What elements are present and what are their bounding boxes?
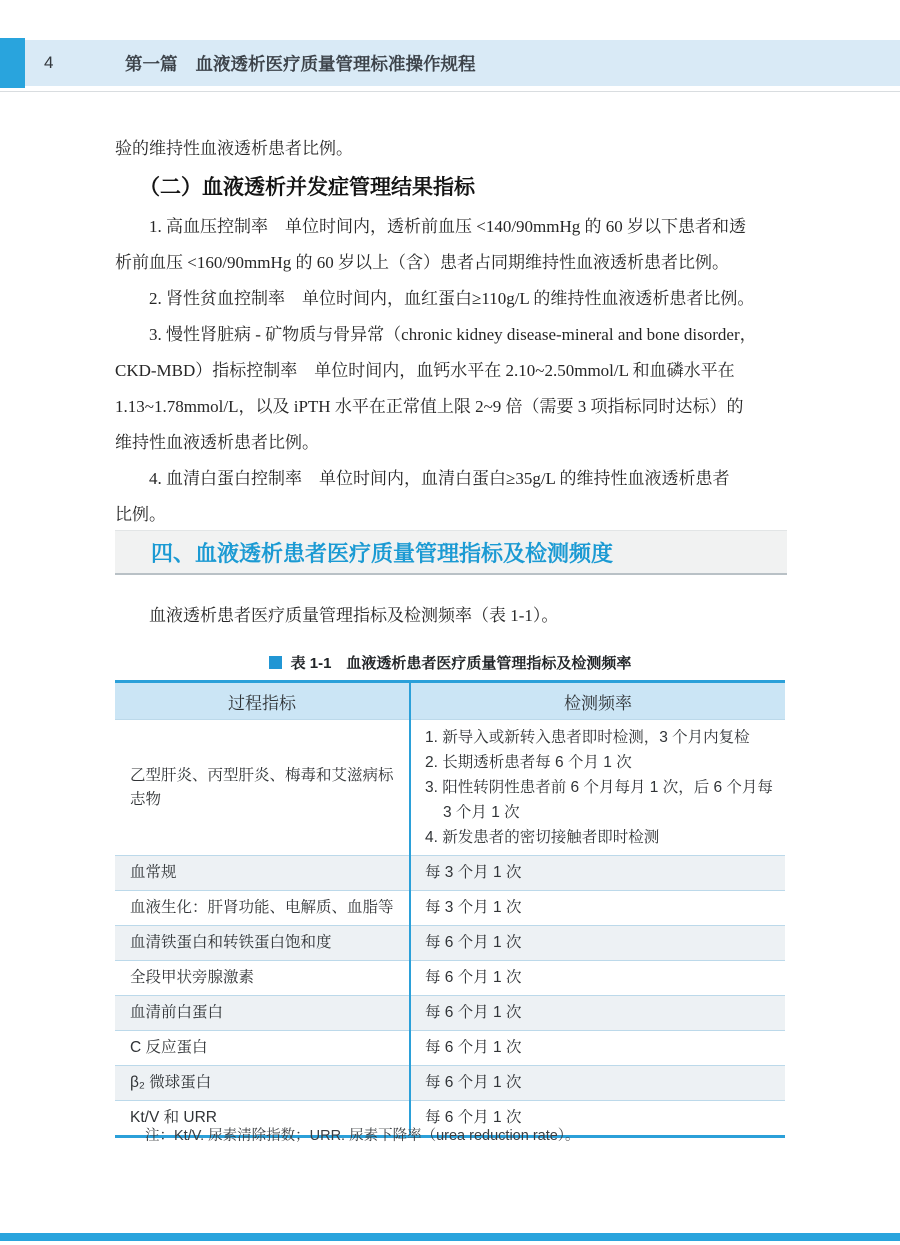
paragraph-3-line: 3. 慢性肾脏病 - 矿物质与骨异常（chronic kidney diseas…: [115, 317, 787, 353]
indicator-table: 过程指标 检测频率 乙型肝炎、丙型肝炎、梅毒和艾滋病标志物1. 新导入或新转入患…: [115, 680, 785, 1138]
frequency-list-item: 1. 新导入或新转入患者即时检测，3 个月内复检: [425, 725, 775, 750]
numbered-paragraphs: 1. 高血压控制率 单位时间内，透析前血压 <140/90mmHg 的 60 岁…: [115, 209, 787, 533]
table-row: 血液生化：肝肾功能、电解质、血脂等每 3 个月 1 次: [115, 891, 785, 926]
paragraph-2-line: 2. 肾性贫血控制率 单位时间内，血红蛋白≥110g/L 的维持性血液透析患者比…: [115, 281, 787, 317]
table-row: 血常规每 3 个月 1 次: [115, 856, 785, 891]
cell-frequency: 每 3 个月 1 次: [410, 891, 785, 926]
body-text-block: 验的维持性血液透析患者比例。 （二）血液透析并发症管理结果指标 1. 高血压控制…: [115, 131, 787, 533]
column-header-frequency: 检测频率: [410, 682, 785, 720]
table-caption: 表 1-1 血液透析患者医疗质量管理指标及检测频率: [115, 652, 785, 673]
subsection-heading: （二）血液透析并发症管理结果指标: [139, 167, 787, 209]
paragraph-4-line: 比例。: [115, 497, 787, 533]
paragraph-4-line: 4. 血清白蛋白控制率 单位时间内，血清白蛋白≥35g/L 的维持性血液透析患者: [115, 461, 787, 497]
table-row: 血清前白蛋白每 6 个月 1 次: [115, 996, 785, 1031]
paragraph-1-line: 1. 高血压控制率 单位时间内，透析前血压 <140/90mmHg 的 60 岁…: [115, 209, 787, 245]
cell-frequency: 每 6 个月 1 次: [410, 996, 785, 1031]
cell-indicator: 血液生化：肝肾功能、电解质、血脂等: [115, 891, 410, 926]
book-page: { "header": { "page_number": "4", "part_…: [0, 0, 900, 1245]
table-row: β₂ 微球蛋白每 6 个月 1 次: [115, 1066, 785, 1101]
paragraph-3-line: 1.13~1.78mmol/L，以及 iPTH 水平在正常值上限 2~9 倍（需…: [115, 389, 787, 425]
cell-frequency: 每 3 个月 1 次: [410, 856, 785, 891]
page-header-band: 4 第一篇 血液透析医疗质量管理标准操作规程: [0, 40, 900, 86]
paragraph-1-line: 析前血压 <160/90mmHg 的 60 岁以上（含）患者占同期维持性血液透析…: [115, 245, 787, 281]
continuation-line: 验的维持性血液透析患者比例。: [115, 131, 787, 167]
cell-indicator: 乙型肝炎、丙型肝炎、梅毒和艾滋病标志物: [115, 720, 410, 856]
caption-square-icon: [269, 656, 282, 669]
cell-frequency: 每 6 个月 1 次: [410, 926, 785, 961]
frequency-list-item: 2. 长期透析患者每 6 个月 1 次: [425, 750, 775, 775]
page-number: 4: [44, 53, 53, 73]
table-row: C 反应蛋白每 6 个月 1 次: [115, 1031, 785, 1066]
cell-indicator: β₂ 微球蛋白: [115, 1066, 410, 1101]
section-banner: 四、血液透析患者医疗质量管理指标及检测频度: [115, 530, 787, 575]
part-title: 血液透析医疗质量管理标准操作规程: [196, 51, 476, 76]
cell-frequency: 1. 新导入或新转入患者即时检测，3 个月内复检2. 长期透析患者每 6 个月 …: [410, 720, 785, 856]
header-accent-square: [0, 38, 25, 88]
table-row: 全段甲状旁腺激素每 6 个月 1 次: [115, 961, 785, 996]
section-title: 四、血液透析患者医疗质量管理指标及检测频度: [151, 537, 613, 568]
table-row: 乙型肝炎、丙型肝炎、梅毒和艾滋病标志物1. 新导入或新转入患者即时检测，3 个月…: [115, 720, 785, 856]
table-caption-text: 表 1-1 血液透析患者医疗质量管理指标及检测频率: [291, 655, 632, 672]
cell-indicator: 全段甲状旁腺激素: [115, 961, 410, 996]
cell-indicator: C 反应蛋白: [115, 1031, 410, 1066]
paragraph-3-line: 维持性血液透析患者比例。: [115, 425, 787, 461]
frequency-list-item: 3. 阳性转阴性患者前 6 个月每月 1 次，后 6 个月每 3 个月 1 次: [425, 775, 775, 825]
table-footnote: 注：Kt/V. 尿素清除指数；URR. 尿素下降率（urea reduction…: [145, 1124, 785, 1145]
frequency-list-item: 4. 新发患者的密切接触者即时检测: [425, 825, 775, 850]
cell-indicator: 血常规: [115, 856, 410, 891]
cell-frequency: 每 6 个月 1 次: [410, 961, 785, 996]
table-row: 血清铁蛋白和转铁蛋白饱和度每 6 个月 1 次: [115, 926, 785, 961]
header-divider-rule: [0, 91, 900, 92]
cell-frequency: 每 6 个月 1 次: [410, 1066, 785, 1101]
table-intro-line: 血液透析患者医疗质量管理指标及检测频率（表 1-1）。: [115, 601, 787, 631]
cell-indicator: 血清铁蛋白和转铁蛋白饱和度: [115, 926, 410, 961]
cell-indicator: 血清前白蛋白: [115, 996, 410, 1031]
indicator-table-body: 乙型肝炎、丙型肝炎、梅毒和艾滋病标志物1. 新导入或新转入患者即时检测，3 个月…: [115, 720, 785, 1137]
part-label: 第一篇: [125, 51, 178, 76]
cell-frequency: 每 6 个月 1 次: [410, 1031, 785, 1066]
paragraph-3-line: CKD-MBD）指标控制率 单位时间内，血钙水平在 2.10~2.50mmol/…: [115, 353, 787, 389]
footer-accent-bar: [0, 1233, 900, 1241]
column-header-indicator: 过程指标: [115, 682, 410, 720]
table-header-row: 过程指标 检测频率: [115, 682, 785, 720]
